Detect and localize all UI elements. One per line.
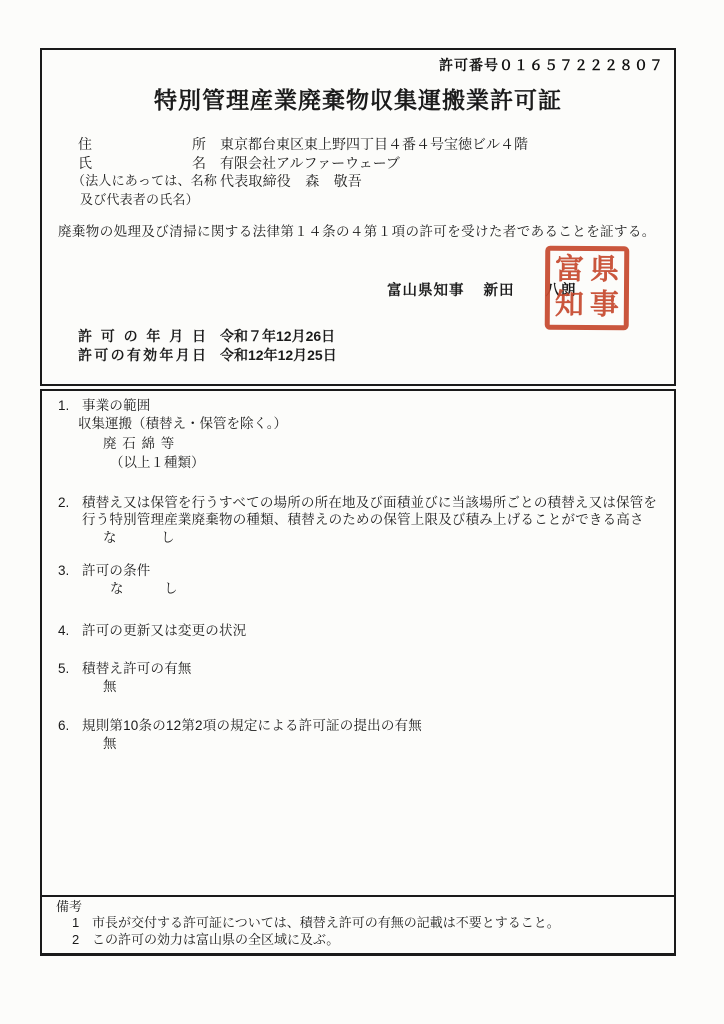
seal-character: 富 xyxy=(552,253,587,288)
section-number: 3. xyxy=(58,562,82,579)
permit-document-page: 許可番号０１６５７２２２８０７ 特別管理産業廃棄物収集運搬業許可証 住所 東京都… xyxy=(0,0,724,1024)
certification-text: 廃棄物の処理及び清掃に関する法律第１４条の４第１項の許可を受けた者であることを証… xyxy=(58,220,666,240)
seal-character: 知 xyxy=(552,288,587,323)
section-number: 4. xyxy=(58,622,82,639)
seal-character: 事 xyxy=(587,288,622,323)
section-transfer-storage-sites: 2. 積替え又は保管を行うすべての場所の所在地及び面積並びに当該場所ごとの積替え… xyxy=(58,494,662,548)
remark-number: 1 xyxy=(72,915,92,932)
issued-date-value: 令和７年12月26日 xyxy=(220,327,335,346)
valid-date-row: 許可の有効年月日 令和12年12月25日 xyxy=(78,346,337,365)
permit-number: 許可番号０１６５７２２２８０７ xyxy=(439,55,664,75)
valid-date-label: 許可の有効年月日 xyxy=(78,346,206,365)
section-certificate-submission: 6. 規則第10条の12第2項の規定による許可証の提出の有無 無 xyxy=(58,717,662,754)
section-line: な し xyxy=(58,580,662,599)
representative-value: 代表取締役 森 敬吾 xyxy=(220,172,362,191)
valid-date-value: 令和12年12月25日 xyxy=(220,346,337,365)
corporate-note-row: （法人にあっては、名称 代表取締役 森 敬吾 xyxy=(78,172,528,191)
permit-header-box: 許可番号０１６５７２２２８０７ 特別管理産業廃棄物収集運搬業許可証 住所 東京都… xyxy=(40,48,676,386)
section-title: 規則第10条の12第2項の規定による許可証の提出の有無 xyxy=(82,717,662,734)
remark-text: 市長が交付する許可証については、積替え許可の有無の記載は不要とすること。 xyxy=(92,915,660,932)
section-number: 1. xyxy=(58,397,82,414)
name-label: 氏名 xyxy=(78,154,206,173)
section-title: 許可の更新又は変更の状況 xyxy=(82,622,662,639)
seal-character: 県 xyxy=(587,253,622,288)
holder-address-row: 住所 東京都台東区東上野四丁目４番４号宝徳ビル４階 xyxy=(78,135,528,154)
issued-date-row: 許可の年月日 令和７年12月26日 xyxy=(78,327,337,346)
governor-seal: 富 県 知 事 xyxy=(545,246,630,331)
section-permit-conditions: 3. 許可の条件 な し xyxy=(58,562,662,599)
section-line: 廃 石 綿 等 xyxy=(58,435,662,454)
remarks-label: 備考 xyxy=(56,899,660,915)
section-line: な し xyxy=(58,529,662,548)
document-title: 特別管理産業廃棄物収集運搬業許可証 xyxy=(42,82,674,115)
address-label: 住所 xyxy=(78,135,206,154)
remark-item: 1 市長が交付する許可証については、積替え許可の有無の記載は不要とすること。 xyxy=(56,915,660,932)
section-line: 収集運搬（積替え・保管を除く。） xyxy=(58,415,662,434)
name-value: 有限会社アルファーウェーブ xyxy=(220,154,400,173)
issued-date-label: 許可の年月日 xyxy=(78,327,206,346)
section-transfer-permit: 5. 積替え許可の有無 無 xyxy=(58,660,662,697)
section-line: 無 xyxy=(58,735,662,754)
section-line: （以上１種類） xyxy=(58,454,662,473)
corporate-note-line1: （法人にあっては、名称 xyxy=(72,172,220,191)
section-line: 無 xyxy=(58,678,662,697)
section-title: 許可の条件 xyxy=(82,562,662,579)
holder-name-row: 氏名 有限会社アルファーウェーブ xyxy=(78,154,528,173)
address-value: 東京都台東区東上野四丁目４番４号宝徳ビル４階 xyxy=(220,135,528,154)
section-number: 2. xyxy=(58,494,82,528)
corporate-note-line2: 及び代表者の氏名） xyxy=(80,191,528,210)
holder-info: 住所 東京都台東区東上野四丁目４番４号宝徳ビル４階 氏名 有限会社アルファーウェ… xyxy=(78,135,528,209)
permit-dates: 許可の年月日 令和７年12月26日 許可の有効年月日 令和12年12月25日 xyxy=(78,327,337,365)
issuer-name-last: 新田 xyxy=(484,283,515,299)
section-number: 6. xyxy=(58,717,82,734)
section-title: 事業の範囲 xyxy=(82,397,662,414)
section-title: 積替え又は保管を行うすべての場所の所在地及び面積並びに当該場所ごとの積替え又は保… xyxy=(82,494,662,528)
remark-number: 2 xyxy=(72,932,92,949)
remark-text: この許可の効力は富山県の全区域に及ぶ。 xyxy=(92,932,660,949)
remarks-block: 備考 1 市長が交付する許可証については、積替え許可の有無の記載は不要とすること… xyxy=(42,895,674,953)
permit-sections: 1. 事業の範囲 収集運搬（積替え・保管を除く。） 廃 石 綿 等 （以上１種類… xyxy=(58,397,662,775)
permit-body-box: 1. 事業の範囲 収集運搬（積替え・保管を除く。） 廃 石 綿 等 （以上１種類… xyxy=(40,389,676,956)
section-title: 積替え許可の有無 xyxy=(82,660,662,677)
remark-item: 2 この許可の効力は富山県の全区域に及ぶ。 xyxy=(56,932,660,949)
section-number: 5. xyxy=(58,660,82,677)
section-business-scope: 1. 事業の範囲 収集運搬（積替え・保管を除く。） 廃 石 綿 等 （以上１種類… xyxy=(58,397,662,473)
section-renewal-changes: 4. 許可の更新又は変更の状況 xyxy=(58,622,662,639)
issuer-title: 富山県知事 xyxy=(387,283,465,299)
